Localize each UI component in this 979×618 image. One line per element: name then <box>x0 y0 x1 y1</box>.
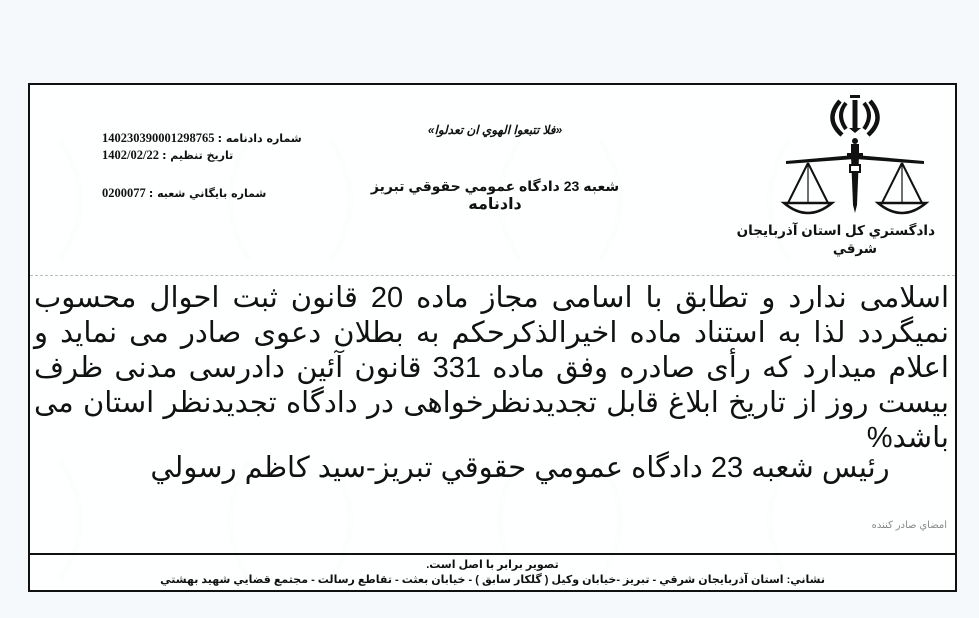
signer-name: رئيس شعبه 23 دادگاه عمومي حقوقي تبريز-سي… <box>150 450 890 486</box>
issue-date-row: تاريخ تنظيم : 1402/02/22 <box>102 147 402 164</box>
verdict-number-label: شماره دادنامه : <box>218 132 302 145</box>
verdict-metadata: شماره دادنامه : 140230390001298765 تاريخ… <box>102 130 402 202</box>
archive-number: 0200077 <box>102 186 146 200</box>
court-emblem-block: دادگستري کل استان آذربايجان شرقي <box>775 93 935 257</box>
archive-number-row: شماره بايگاني شعبه : 0200077 <box>102 185 402 202</box>
iran-emblem-scales-icon <box>780 93 930 221</box>
organization-name-line2: شرقي <box>775 240 935 257</box>
verdict-number-row: شماره دادنامه : 140230390001298765 <box>102 130 402 147</box>
verdict-body-text: اسلامی ندارد و تطابق با اسامی مجاز ماده … <box>34 281 949 456</box>
verdict-document: دادگستري کل استان آذربايجان شرقي «فلا تت… <box>28 83 957 592</box>
archive-number-label: شماره بايگاني شعبه : <box>149 187 266 200</box>
header-divider <box>30 275 955 276</box>
issue-date: 1402/02/22 <box>102 148 159 162</box>
organization-name: دادگستري کل استان آذربايجان <box>775 222 935 239</box>
certified-copy-note: تصوير برابر با اصل است. <box>30 558 955 573</box>
verdict-number: 140230390001298765 <box>102 131 215 145</box>
address-label: نشاني: <box>787 574 825 586</box>
issue-date-label: تاريخ تنظيم : <box>162 149 233 162</box>
court-address-row: نشاني: استان آذربايجان شرقي - تبريز -خيا… <box>30 573 955 588</box>
document-footer: تصوير برابر با اصل است. نشاني: استان آذر… <box>30 553 955 590</box>
signer-label: امضاي صادر کننده <box>872 520 947 531</box>
court-address: استان آذربايجان شرقي - تبريز -خيابان وکي… <box>160 574 783 586</box>
